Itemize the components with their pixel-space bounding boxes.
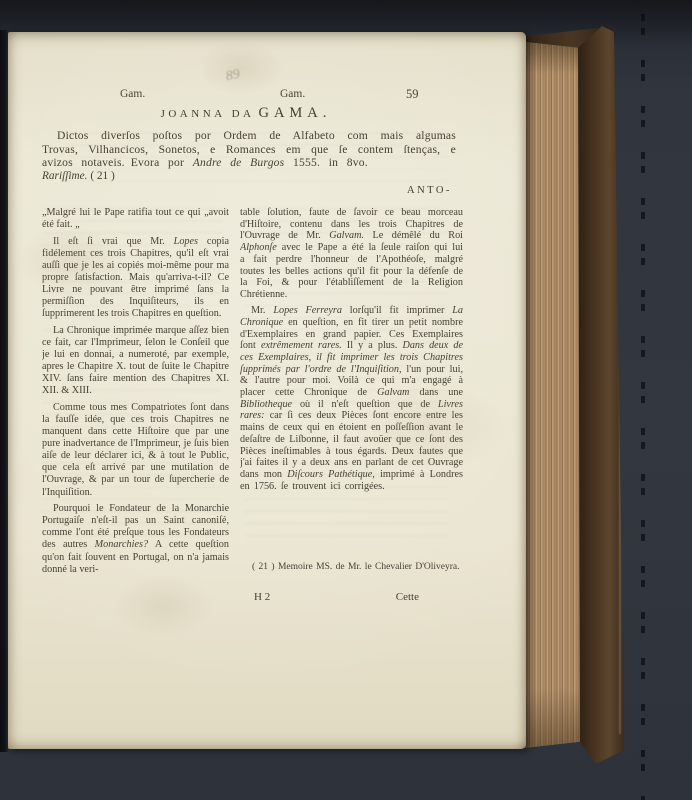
catchword-anto: ANTO- — [42, 185, 456, 196]
paragraph: Mr. Lopes Ferreyra lorſqu'il fit imprime… — [240, 305, 463, 492]
catchword: Cette — [396, 591, 419, 603]
page-number: 59 — [406, 87, 419, 102]
footnote: ( 21 ) Memoire MS. de Mr. le Chevalier D… — [240, 562, 463, 574]
book-page: Gam. Gam. 59 89 JOANNADAGAMA. Dictos div… — [8, 32, 526, 749]
film-perforation-marks — [641, 14, 645, 800]
book-scan: Gam. Gam. 59 89 JOANNADAGAMA. Dictos div… — [0, 0, 692, 800]
signature-row: H 2 Cette — [240, 591, 463, 603]
paragraph: Pourquoi le Fondateur de la Monarchie Po… — [42, 503, 229, 576]
signature-mark: H 2 — [254, 591, 270, 603]
book-cover-edge — [574, 26, 628, 768]
entry-title-particle: DA — [232, 108, 255, 120]
paragraph: Il eſt ſi vrai que Mr. Lopes copia fidél… — [42, 236, 229, 321]
paragraph: Comme tous mes Compatriotes ſont dans la… — [42, 402, 229, 499]
rarity-note: Rariſſime. ( 21 ) — [42, 170, 456, 184]
entry-description: Dictos diverſos poſtos por Ordem de Alfa… — [42, 129, 456, 170]
entry-description-block: Dictos diverſos poſtos por Ordem de Alfa… — [42, 129, 456, 196]
entry-title-first-name: JOANNA — [161, 108, 226, 120]
handwritten-mark: 89 — [224, 67, 241, 86]
entry-title: JOANNADAGAMA. — [38, 104, 454, 122]
left-text-column: „Malgré lui le Pape ratifia tout ce qui … — [42, 207, 229, 595]
running-head-left: Gam. — [120, 88, 145, 100]
running-head-center: Gam. — [280, 88, 305, 100]
paragraph-quote: „Malgré lui le Pape ratifia tout ce qui … — [42, 207, 229, 231]
paragraph-continuation: table ſolution, faute de ſavoir ce beau … — [240, 207, 463, 301]
entry-title-surname: GAMA. — [258, 105, 331, 121]
paragraph: La Chronique imprimée marque aſſez bien … — [42, 325, 229, 398]
right-text-column: table ſolution, faute de ſavoir ce beau … — [240, 207, 463, 559]
